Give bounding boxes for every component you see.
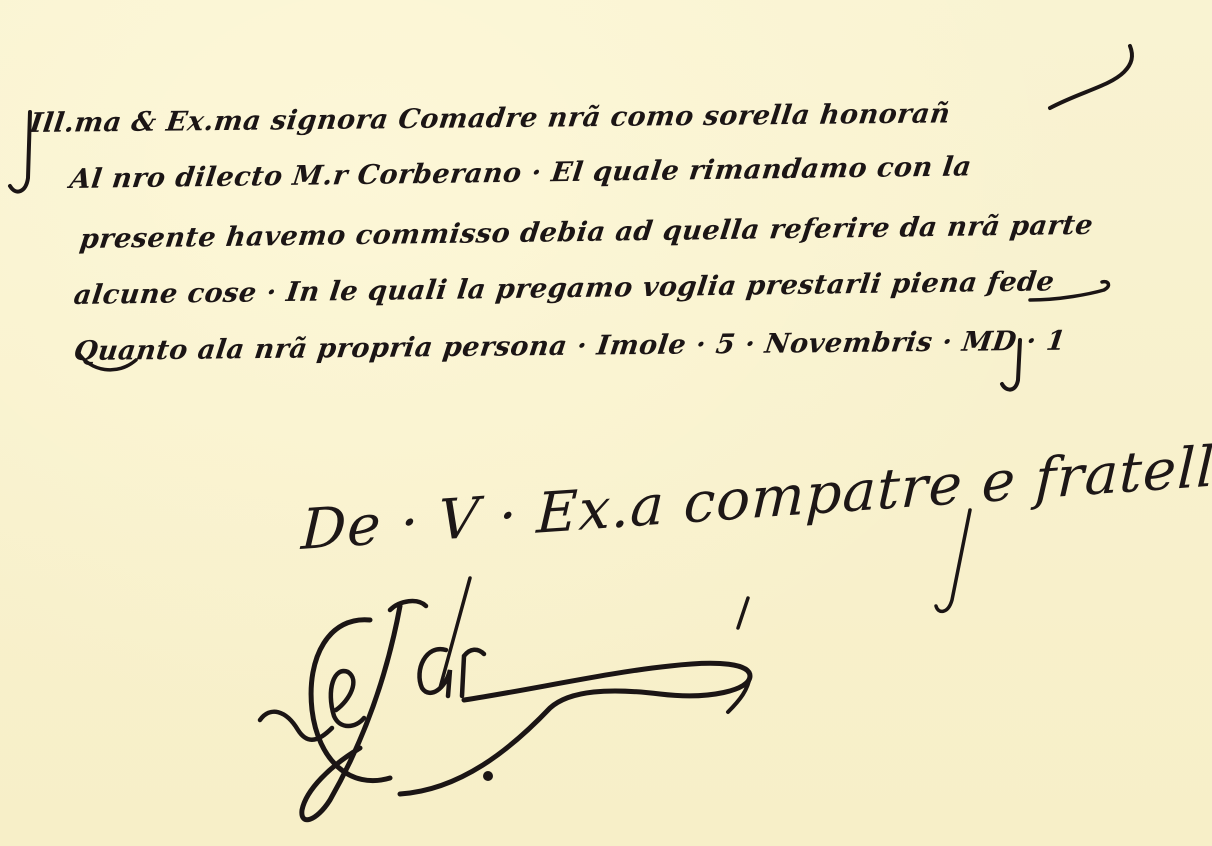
signature-cesar — [250, 560, 870, 840]
